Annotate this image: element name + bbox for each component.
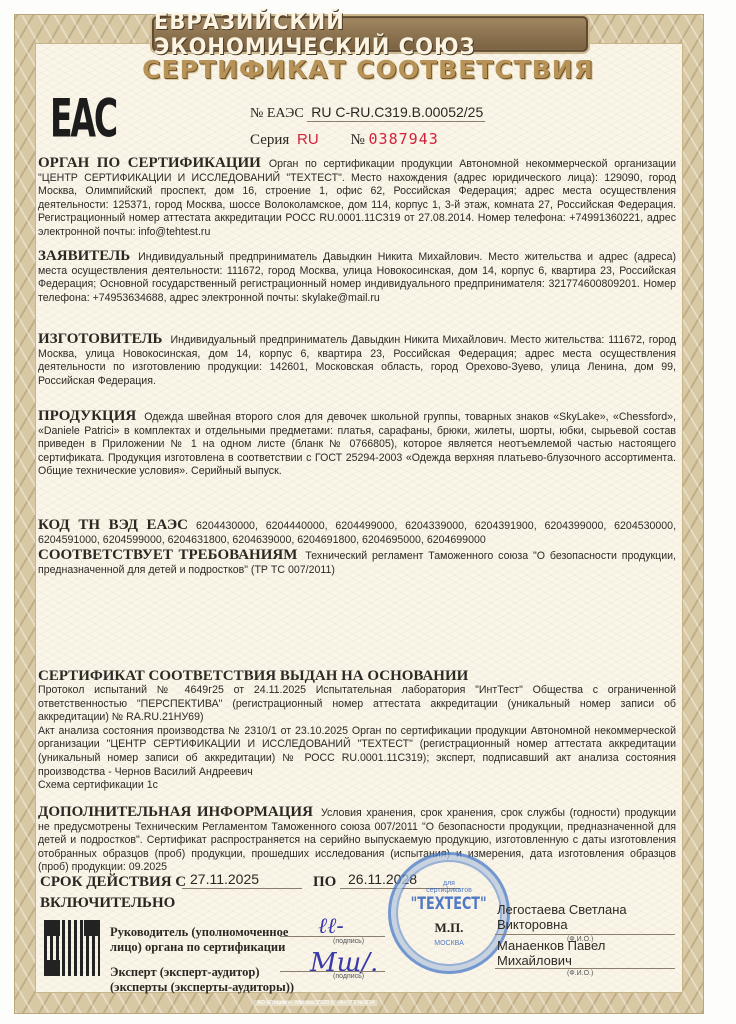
head-fio-line xyxy=(495,934,675,935)
basis-section: СЕРТИФИКАТ СООТВЕТСТВИЯ ВЫДАН НА ОСНОВАН… xyxy=(38,668,676,793)
form-number-value: 0387943 xyxy=(369,130,439,148)
stamp-main-text: "ТЕХТЕСТ" xyxy=(411,894,487,914)
requirements-heading: СООТВЕТСТВУЕТ ТРЕБОВАНИЯМ xyxy=(38,547,297,563)
applicant-heading: ЗАЯВИТЕЛЬ xyxy=(38,248,130,264)
head-signatory-label: Руководитель (уполномоченное лицо) орган… xyxy=(110,925,288,955)
validity-from-date: 27.11.2025 xyxy=(182,871,302,889)
product-heading: ПРОДУКЦИЯ xyxy=(38,408,136,424)
validity-from-label: СРОК ДЕЙСТВИЯ С xyxy=(40,872,186,893)
expert-name: Манаенков Павел Михайлович xyxy=(497,938,605,968)
expert-name-line: Манаенков Павел xyxy=(497,938,605,953)
basis-paragraph: Схема сертификации 1с xyxy=(38,779,676,793)
certificate-number: № ЕАЭС RU C-RU.C319.B.00052/25 xyxy=(250,104,485,122)
stamp-place-label: М.П. xyxy=(435,920,464,936)
hs-codes-section: КОД ТН ВЭД ЕАЭС6204430000, 6204440000, 6… xyxy=(38,519,676,547)
expert-label-line: (эксперты (эксперты-аудиторы)) xyxy=(110,980,294,995)
series-value: RU xyxy=(297,131,319,148)
additional-info-section: ДОПОЛНИТЕЛЬНАЯ ИНФОРМАЦИЯУсловия хранени… xyxy=(38,806,676,875)
certificate-number-value: RU C-RU.C319.B.00052/25 xyxy=(307,104,485,122)
product-section: ПРОДУКЦИЯОдежда швейная второго слоя для… xyxy=(38,410,676,479)
expert-fio-line xyxy=(495,968,675,969)
expert-signatory-label: Эксперт (эксперт-аудитор) (эксперты (экс… xyxy=(110,965,294,995)
applicant-text: Индивидуальный предприниматель Давыдкин … xyxy=(38,251,676,304)
certificate-number-label: № ЕАЭС xyxy=(250,106,304,121)
head-label-line: Руководитель (уполномоченное xyxy=(110,925,288,940)
hs-codes-heading: КОД ТН ВЭД ЕАЭС xyxy=(38,517,188,533)
validity-to-label: ПО xyxy=(313,872,336,893)
organization-stamp: для сертификатов "ТЕХТЕСТ" М.П. МОСКВА xyxy=(388,852,510,974)
validity-block: СРОК ДЕЙСТВИЯ С ВКЛЮЧИТЕЛЬНО xyxy=(40,872,186,914)
manufacturer-section: ИЗГОТОВИТЕЛЬИндивидуальный предпринимате… xyxy=(38,333,676,388)
head-name: Легостаева Светлана Викторовна xyxy=(497,902,627,932)
certification-body-section: ОРГАН ПО СЕРТИФИКАЦИИОрган по сертификац… xyxy=(38,157,676,240)
expert-label-line: Эксперт (эксперт-аудитор) xyxy=(110,965,294,980)
basis-paragraph: Акт анализа состояния производства № 231… xyxy=(38,725,676,779)
additional-info-heading: ДОПОЛНИТЕЛЬНАЯ ИНФОРМАЦИЯ xyxy=(38,804,313,820)
form-series: Серия RU № 0387943 xyxy=(250,130,439,149)
head-signature-line xyxy=(280,936,385,937)
head-name-line: Легостаева Светлана xyxy=(497,902,627,917)
validity-inclusive-label: ВКЛЮЧИТЕЛЬНО xyxy=(40,893,186,914)
certification-body-heading: ОРГАН ПО СЕРТИФИКАЦИИ xyxy=(38,155,261,171)
expert-fio-caption: (Ф.И.О.) xyxy=(567,970,593,977)
eac-logo-icon: ЕАС xyxy=(58,78,108,159)
form-number-label: № xyxy=(350,132,364,148)
stamp-line: для xyxy=(443,880,455,887)
stamp-city: МОСКВА xyxy=(434,940,464,947)
manufacturer-heading: ИЗГОТОВИТЕЛЬ xyxy=(38,331,162,347)
head-signature-caption: (подпись) xyxy=(333,938,364,945)
union-banner: ЕВРАЗИЙСКИЙ ЭКОНОМИЧЕСКИЙ СОЮЗ xyxy=(152,16,588,52)
requirements-section: СООТВЕТСТВУЕТ ТРЕБОВАНИЯМТехнический рег… xyxy=(38,549,676,577)
expert-name-line: Михайлович xyxy=(497,953,605,968)
stamp-line: сертификатов xyxy=(426,887,472,894)
basis-paragraph: Протокол испытаний № 4649г25 от 24.11.20… xyxy=(38,684,676,725)
qr-code-icon xyxy=(44,920,100,976)
series-label: Серия xyxy=(250,132,289,148)
printer-imprint: АО «Опцион», Москва, 2020 г., «А», ТЗ № … xyxy=(254,1000,377,1006)
head-name-line: Викторовна xyxy=(497,917,627,932)
certificate-title: СЕРТИФИКАТ СООТВЕТСТВИЯ xyxy=(0,55,736,84)
basis-heading: СЕРТИФИКАТ СООТВЕТСТВИЯ ВЫДАН НА ОСНОВАН… xyxy=(38,668,676,684)
head-label-line: лицо) органа по сертификации xyxy=(110,940,288,955)
expert-signature-line xyxy=(280,971,385,972)
applicant-section: ЗАЯВИТЕЛЬИндивидуальный предприниматель … xyxy=(38,250,676,305)
expert-signature-caption: (подпись) xyxy=(333,973,364,980)
